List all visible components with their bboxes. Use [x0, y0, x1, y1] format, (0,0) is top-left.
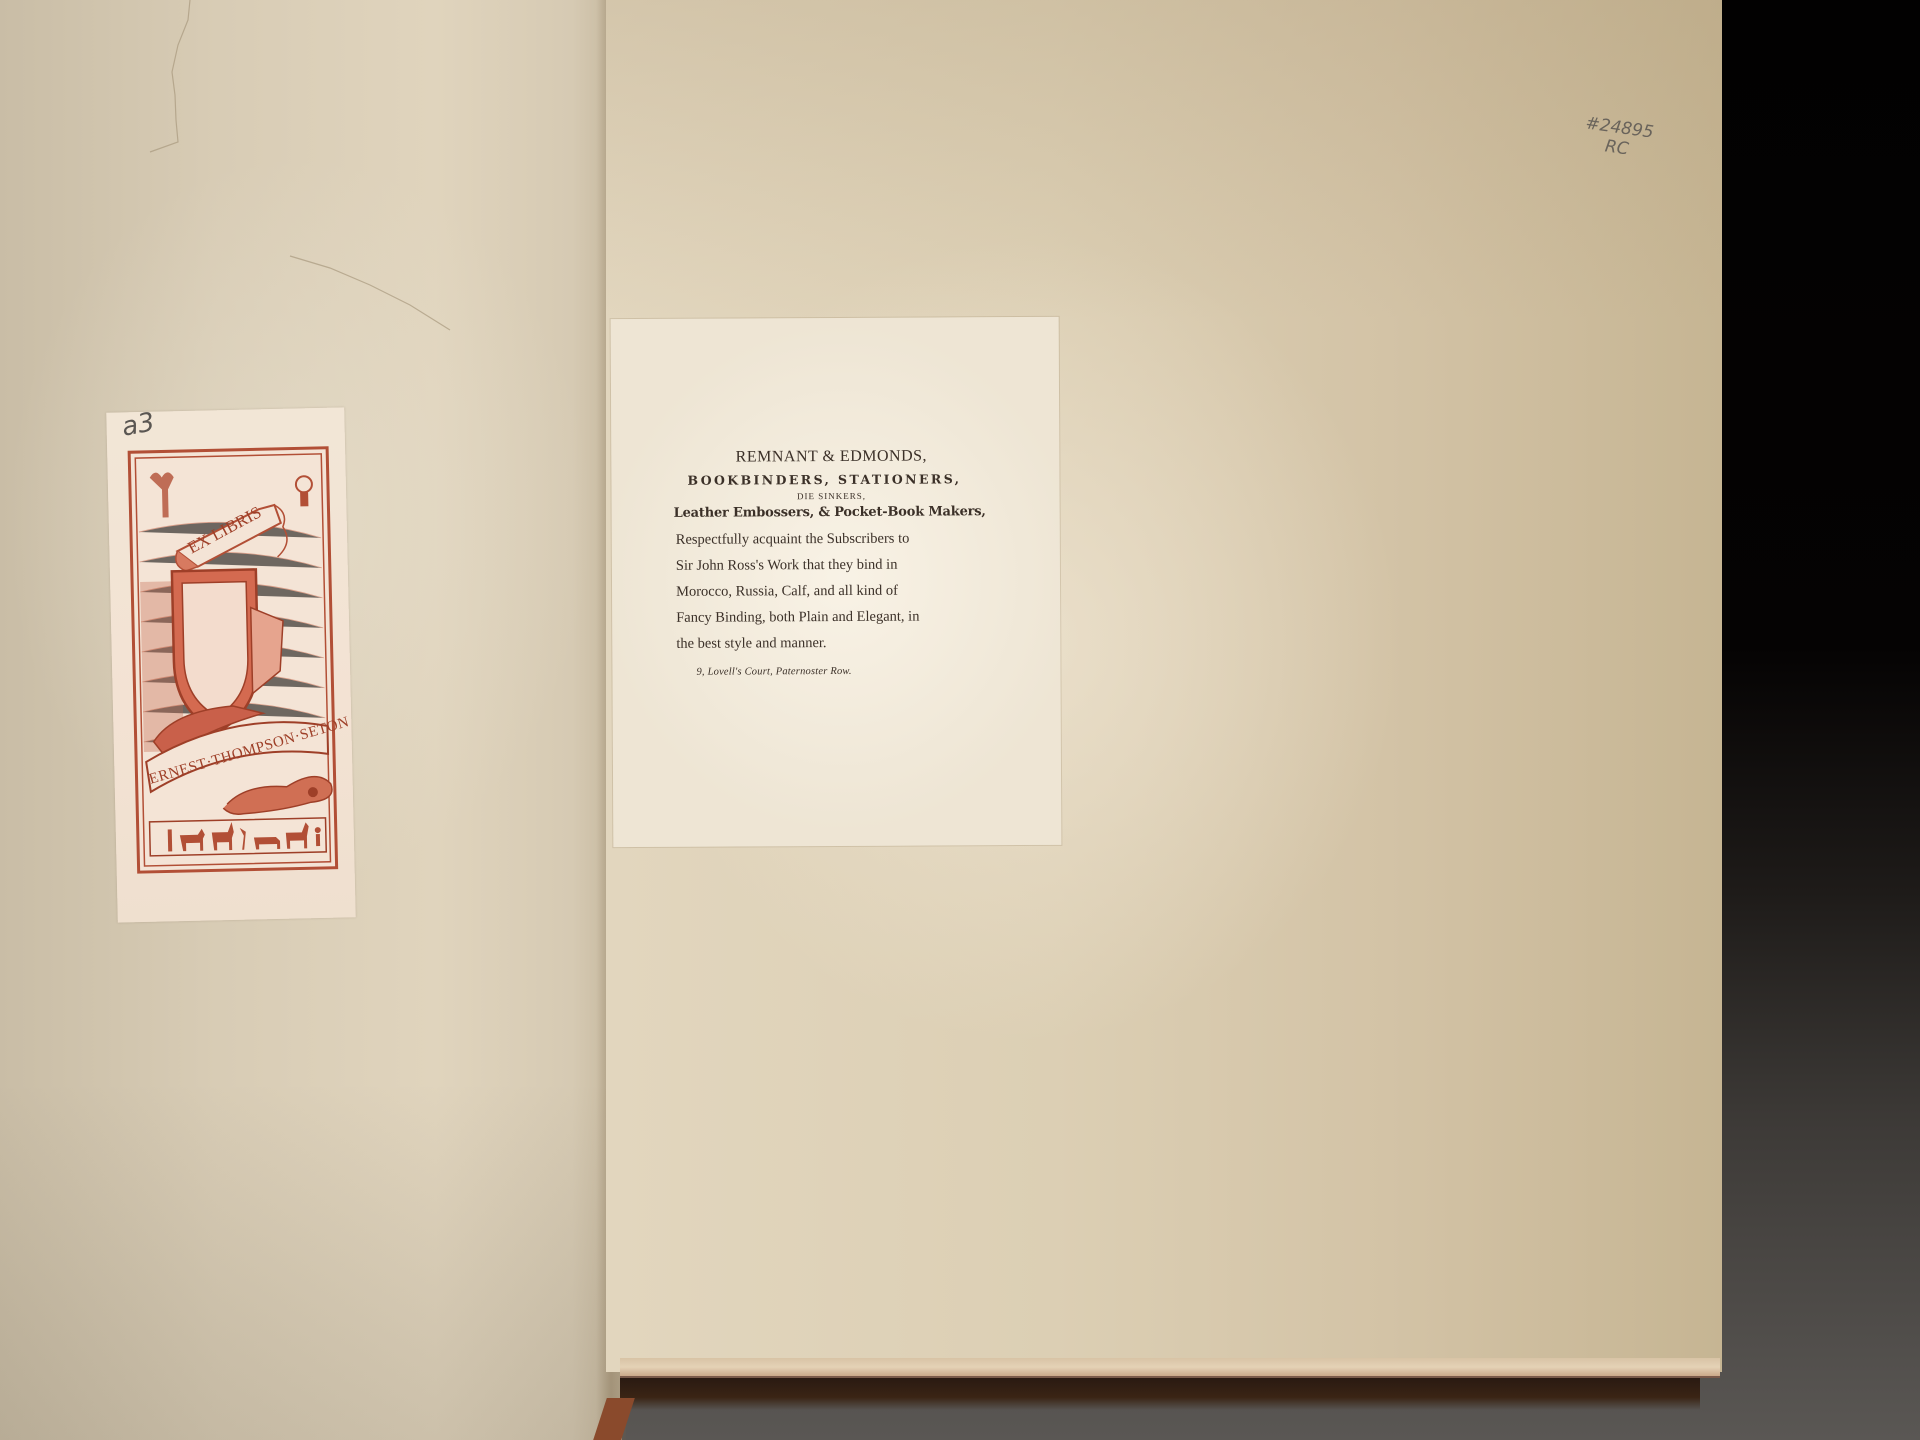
pencil-bookplate-mark: a3: [120, 407, 157, 442]
ex-libris-bookplate: EX LIBRIS ERNEST·THOMPSON·SETON: [106, 407, 356, 922]
book-photo-scene: REMNANT & EDMONDS, BOOKBINDERS, STATIONE…: [0, 0, 1920, 1440]
bookplate-engraving: EX LIBRIS ERNEST·THOMPSON·SETON: [106, 407, 356, 922]
advertisement-body-line: Fancy Binding, both Plain and Elegant, i…: [676, 603, 972, 631]
text-block-bottom-edge: [620, 1358, 1720, 1378]
advertisement-address: 9, Lovell's Court, Paternoster Row.: [696, 665, 982, 677]
book-cover-shadow: [620, 1378, 1700, 1410]
advertisement-body-line: the best style and manner.: [676, 629, 972, 657]
bookbinder-advertisement-slip: REMNANT & EDMONDS, BOOKBINDERS, STATIONE…: [611, 317, 1062, 847]
advertisement-die-sinkers: DIE SINKERS,: [682, 490, 982, 502]
advertisement-body-line: Sir John Ross's Work that they bind in: [676, 551, 972, 579]
advertisement-text-block: REMNANT & EDMONDS, BOOKBINDERS, STATIONE…: [681, 447, 982, 678]
advertisement-firm-name: REMNANT & EDMONDS,: [681, 447, 981, 467]
advertisement-body: Respectfully acquaint the Subscribers to…: [676, 525, 973, 657]
advertisement-body-line: Respectfully acquaint the Subscribers to: [676, 525, 972, 553]
advertisement-trades: BOOKBINDERS, STATIONERS,: [667, 471, 981, 488]
advertisement-body-line: Morocco, Russia, Calf, and all kind of: [676, 577, 972, 605]
advertisement-gothic-line: Leather Embossers, & Pocket-Book Makers,: [674, 504, 982, 521]
